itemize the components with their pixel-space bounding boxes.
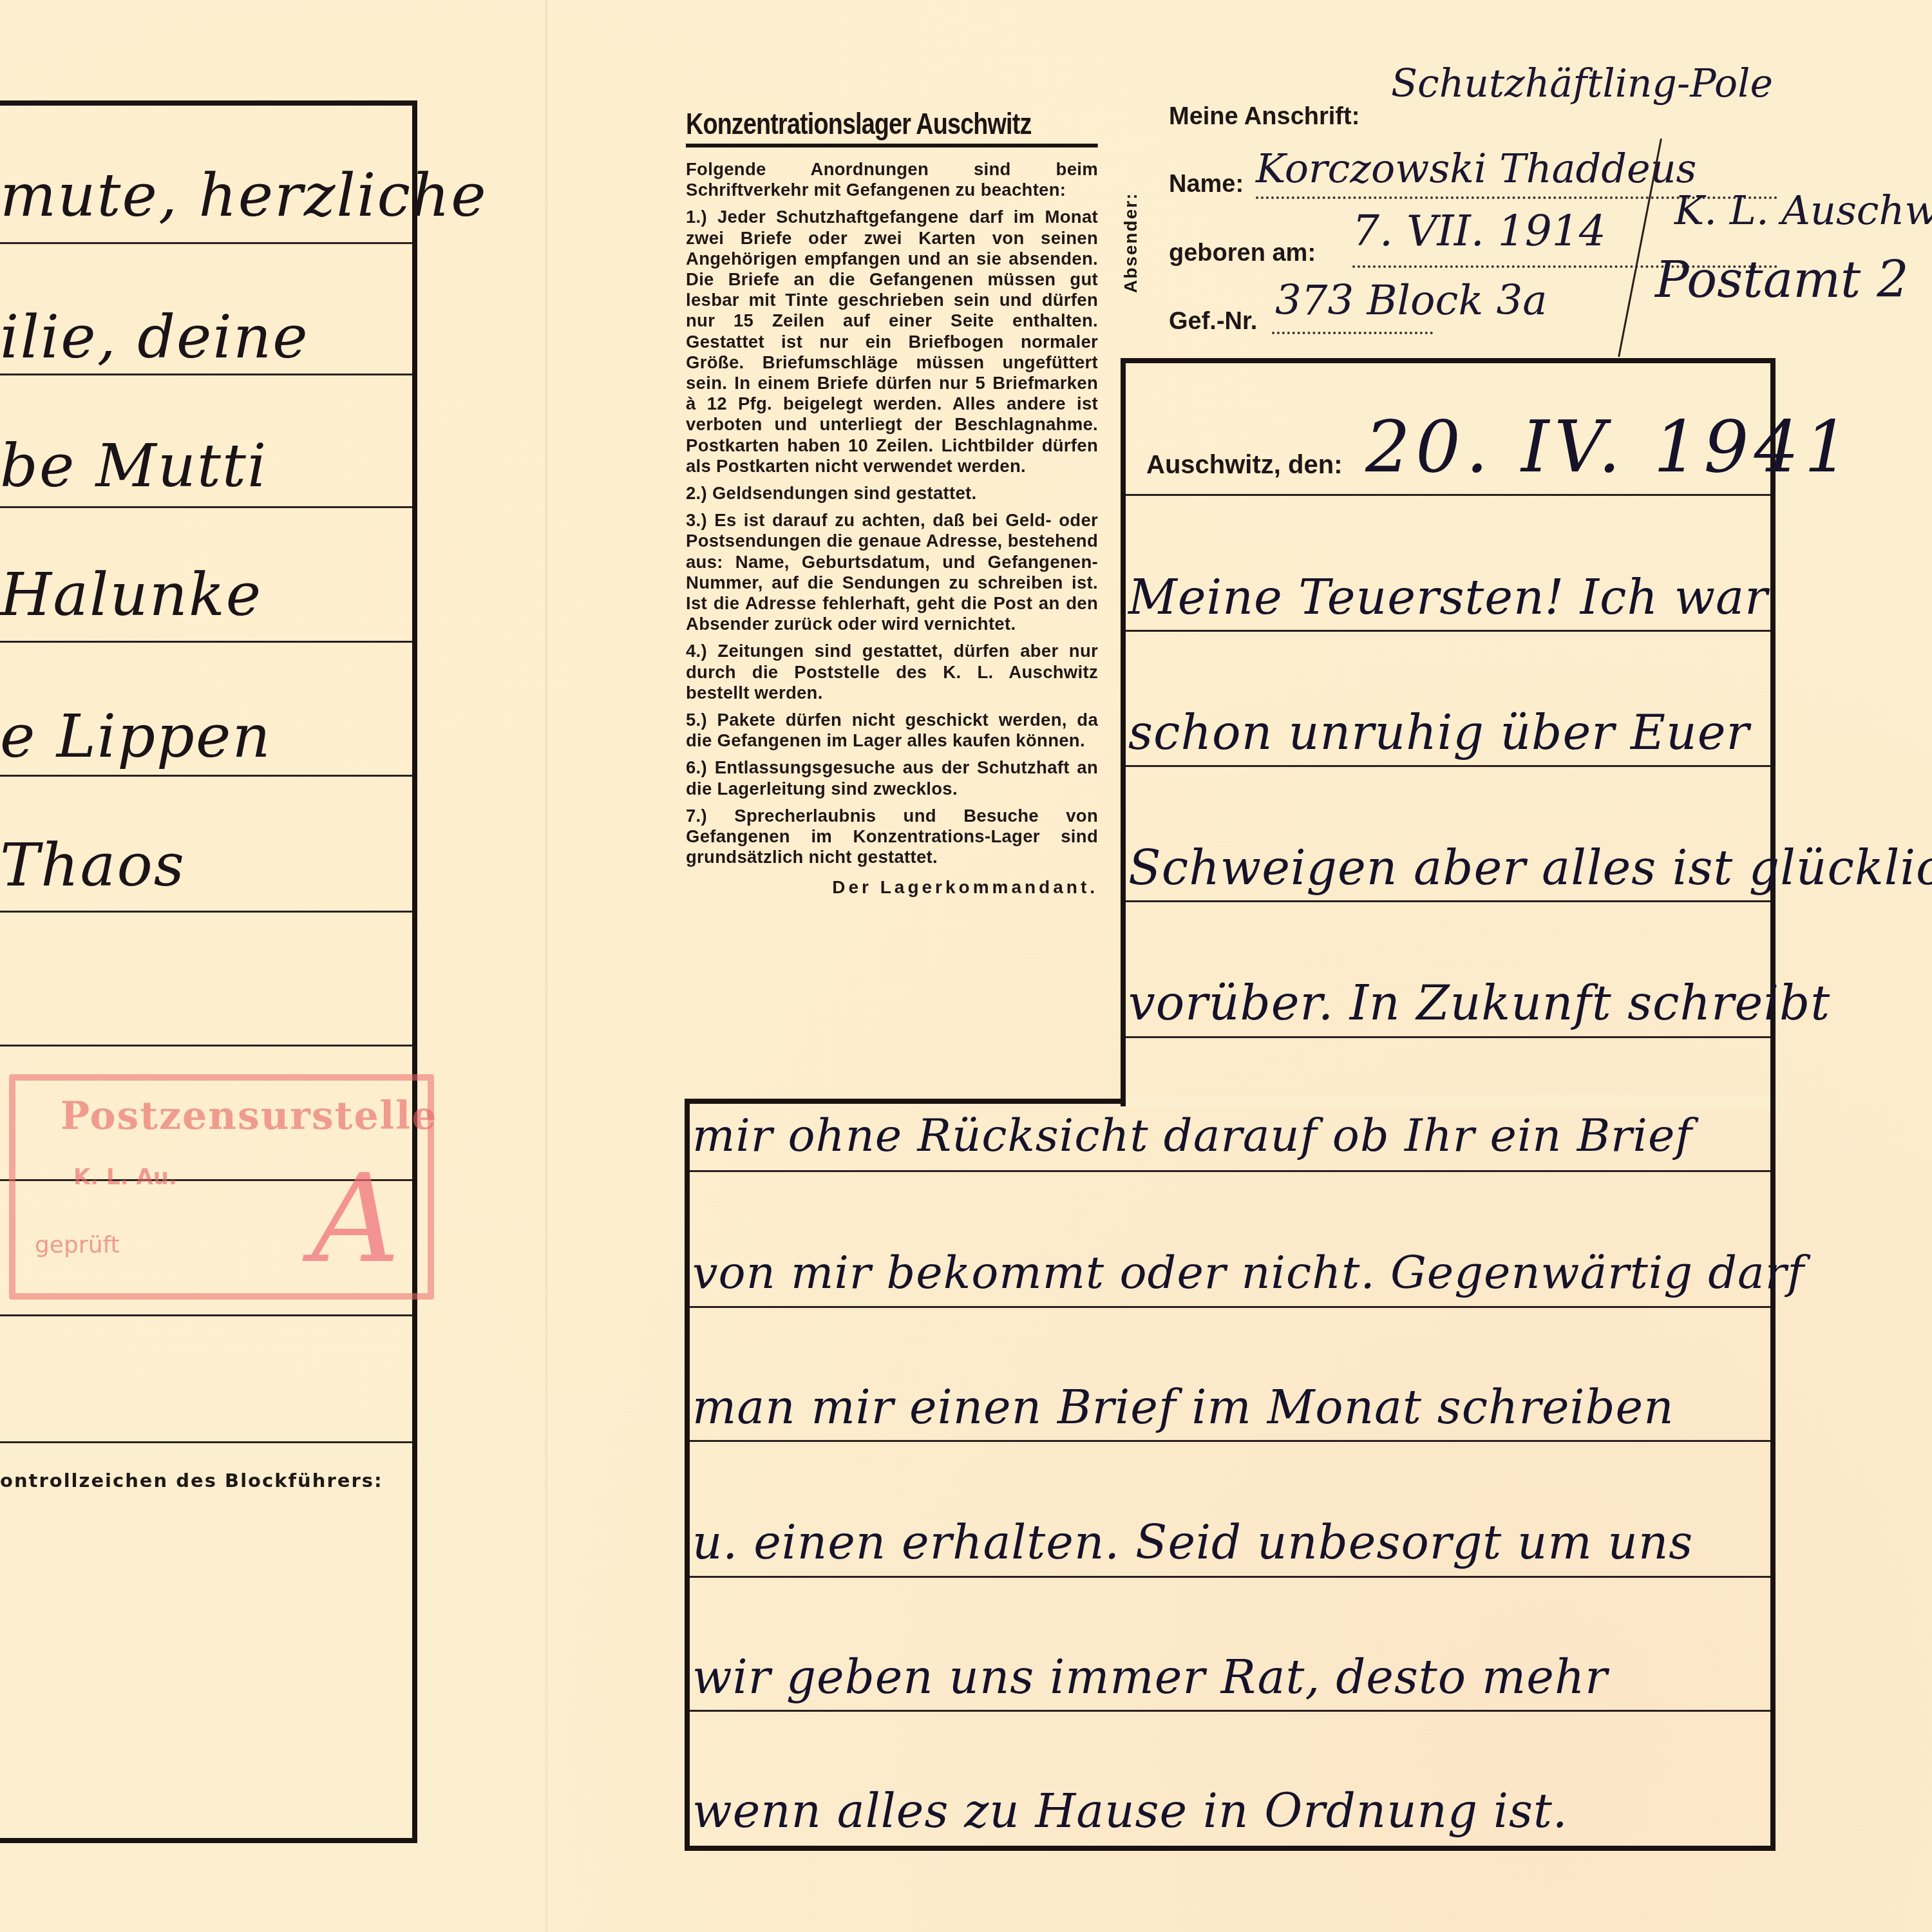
letter-line: wenn alles zu Hause in Ordnung ist. bbox=[692, 1784, 1568, 1838]
handwritten-line: be Mutti bbox=[0, 431, 267, 500]
ruled-line bbox=[690, 1306, 1770, 1308]
date-value: 20. IV. 1941 bbox=[1365, 406, 1854, 488]
regulations-intro: Folgende Anordnungen sind beim Schriftve… bbox=[686, 159, 1098, 200]
ruled-line bbox=[1126, 900, 1770, 902]
letter-line: von mir bekommt oder nicht. Gegenwärtig … bbox=[692, 1246, 1804, 1299]
handwritten-line: mute, herzliche bbox=[0, 161, 488, 230]
regulation-item: 3.) Es ist darauf zu achten, daß bei Gel… bbox=[686, 510, 1098, 634]
name-label: Name: bbox=[1169, 171, 1244, 198]
letter-line: schon unruhig über Euer bbox=[1128, 705, 1750, 761]
regulations-column: Konzentrationslager Auschwitz Folgende A… bbox=[686, 106, 1098, 898]
center-fold bbox=[545, 0, 547, 1932]
ruled-line bbox=[0, 1045, 412, 1046]
prisoner-number-value: 373 Block 3a bbox=[1275, 277, 1547, 325]
stamp-subtitle: K. L. Au. bbox=[73, 1164, 177, 1190]
prisoner-number-label: Gef.-Nr. bbox=[1169, 308, 1257, 336]
handwritten-line: Halunke bbox=[0, 560, 262, 629]
ruled-line bbox=[1126, 765, 1770, 767]
ruled-line bbox=[690, 1440, 1770, 1442]
handwritten-line: ilie, deine bbox=[0, 303, 309, 372]
regulation-item: 6.) Entlassungsgesuche aus der Schutzhaf… bbox=[686, 757, 1098, 799]
censor-stamp: Postzensurstelle K. L. Au. geprüft A bbox=[9, 1074, 434, 1300]
address-value: Schutzhäftling-Pole bbox=[1391, 61, 1773, 106]
letter-line: mir ohne Rücksicht darauf ob Ihr ein Bri… bbox=[692, 1109, 1692, 1162]
box-join-mask bbox=[1126, 1095, 1770, 1108]
ruled-line bbox=[0, 374, 412, 375]
letter-line: Meine Teuersten! Ich war bbox=[1128, 570, 1768, 625]
stamp-status: geprüft bbox=[35, 1232, 120, 1258]
regulation-item: 4.) Zeitungen sind gestattet, dürfen abe… bbox=[686, 641, 1098, 703]
regulation-item: 7.) Sprecherlaubnis und Besuche von Gefa… bbox=[686, 806, 1098, 868]
regulation-item: 2.) Geldsendungen sind gestattet. bbox=[686, 483, 1098, 504]
regulation-item: 5.) Pakete dürfen nicht geschickt werden… bbox=[686, 710, 1098, 751]
ruled-line bbox=[690, 1710, 1770, 1712]
date-label: Auschwitz, den: bbox=[1146, 451, 1342, 480]
ruled-line bbox=[1126, 494, 1770, 496]
letter-line: Schweigen aber alles ist glücklich bbox=[1128, 840, 1932, 896]
stamp-title: Postzensurstelle bbox=[61, 1094, 437, 1139]
handwritten-line: Thaos bbox=[0, 831, 185, 900]
prisoner-number-dotted-line bbox=[1272, 332, 1433, 334]
regulation-item: 1.) Jeder Schutzhaftgefangene darf im Mo… bbox=[686, 207, 1098, 477]
handwritten-line: e Lippen bbox=[0, 702, 272, 771]
regulations-title: Konzentrationslager Auschwitz bbox=[686, 106, 1098, 147]
absender-label: Absender: bbox=[1121, 193, 1141, 293]
camp-address-line-1: K. L. Auschwitz O/S bbox=[1674, 187, 1932, 234]
ruled-line bbox=[1126, 1036, 1770, 1038]
ruled-line bbox=[690, 1576, 1770, 1578]
ruled-line bbox=[0, 1441, 412, 1443]
ruled-line bbox=[0, 911, 412, 913]
letter-line: man mir einen Brief im Monat schreiben bbox=[692, 1380, 1674, 1434]
ruled-line bbox=[0, 641, 412, 643]
camp-address-line-2: Postamt 2 bbox=[1655, 251, 1909, 309]
ruled-line bbox=[1126, 630, 1770, 632]
letter-box-lower bbox=[685, 1099, 1776, 1851]
birth-date-value: 7. VII. 1914 bbox=[1352, 206, 1606, 256]
commandant-signature: Der Lagerkommandant. bbox=[686, 877, 1098, 898]
ruled-line bbox=[0, 506, 412, 508]
ruled-line bbox=[0, 1314, 412, 1316]
ruled-line bbox=[0, 242, 412, 244]
name-value: Korczowski Thaddeus bbox=[1256, 145, 1696, 192]
blockfuehrer-control-label: ontrollzeichen des Blockführers: bbox=[0, 1470, 383, 1492]
letter-line: wir geben uns immer Rat, desto mehr bbox=[692, 1650, 1608, 1704]
letter-line: u. einen erhalten. Seid unbesorgt um uns bbox=[692, 1515, 1693, 1569]
ruled-line bbox=[690, 1170, 1770, 1172]
ruled-line bbox=[0, 775, 412, 777]
address-label: Meine Anschrift: bbox=[1169, 103, 1359, 131]
letter-line: vorüber. In Zukunft schreibt bbox=[1128, 976, 1830, 1031]
birth-date-label: geboren am: bbox=[1169, 240, 1316, 267]
censor-initials: A bbox=[312, 1158, 400, 1280]
